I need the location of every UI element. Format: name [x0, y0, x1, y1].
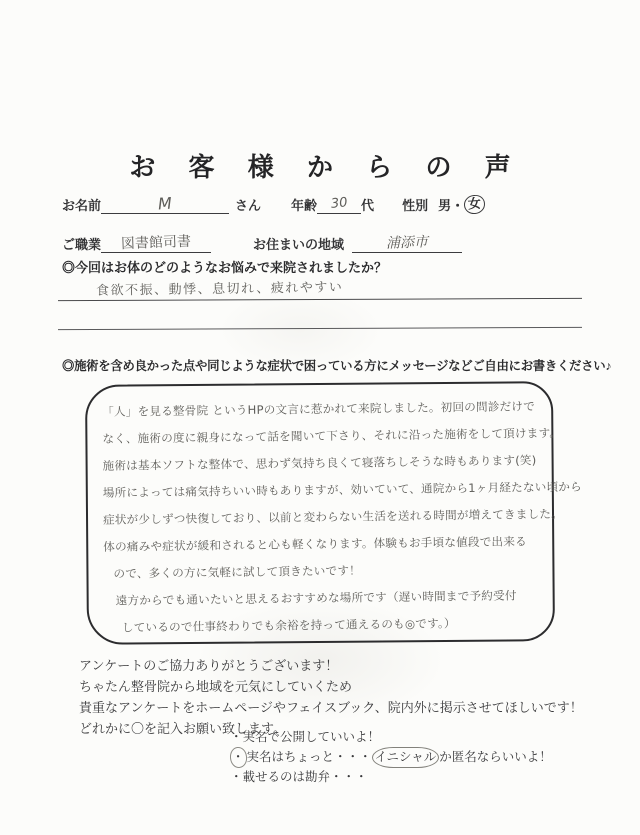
- question1-answer-handwritten: 食欲不振、動悸、息切れ、疲れやすい: [96, 276, 344, 298]
- form-row-occupation-area: ご職業 図書館司書 お住まいの地域 浦添市: [62, 234, 462, 253]
- name-value-handwritten: M: [158, 195, 173, 214]
- option-real-name: ・実名で公開していいよ！: [230, 728, 552, 747]
- age-label: 年齢: [291, 195, 317, 214]
- answer-ruled-line-2: [58, 327, 582, 330]
- question1-heading: ◎今回はお体のどのようなお悩みで来院されましたか？: [62, 257, 387, 276]
- selected-option-circle-mark: ・: [229, 746, 248, 768]
- occupation-value-handwritten: 図書館司書: [121, 233, 192, 253]
- option-bullet: ・: [231, 749, 245, 764]
- occupation-field: 図書館司書: [101, 234, 211, 253]
- gender-options: 男 ・ 女: [438, 195, 485, 214]
- option-circled-word: イニシャル: [375, 750, 437, 764]
- gender-female: 女: [468, 196, 482, 212]
- age-value-handwritten: 30: [330, 194, 348, 214]
- initials-circle-mark: イニシャル: [372, 747, 440, 769]
- footer-thanks: アンケートのご協力ありがとうございます！ ちゃたん整骨院から地域を元気にしていく…: [79, 655, 583, 739]
- occupation-label: ご職業: [62, 234, 101, 253]
- option-text-suffix: か匿名ならいいよ！: [439, 750, 552, 764]
- area-label: お住まいの地域: [253, 234, 344, 253]
- survey-sheet: お 客 様 か ら の 声 お名前 M さん 年齢 30 代 性別 男 ・ 女 …: [0, 0, 640, 835]
- gender-male: 男: [438, 195, 451, 214]
- age-field: 30: [317, 194, 361, 214]
- gender-separator: ・: [451, 195, 464, 214]
- message-box: 「人」を見る整骨院 というHPの文言に惹かれて来院しました。初回の問診だけで な…: [85, 381, 555, 645]
- name-field: M: [101, 194, 229, 214]
- gender-female-circle-mark: 女: [463, 194, 485, 214]
- age-unit: 代: [361, 195, 374, 214]
- option-text-prefix: 実名はちょっと・・・: [247, 750, 372, 764]
- question2-heading: ◎施術を含め良かった点や同じような症状で困っている方にメッセージなどご自由にお書…: [62, 356, 611, 374]
- publication-options: ・実名で公開していいよ！ ・実名はちょっと・・・イニシャルか匿名ならいいよ！ ・…: [230, 728, 552, 787]
- page-title: お 客 様 か ら の 声: [0, 147, 640, 184]
- form-row-name-age-gender: お名前 M さん 年齢 30 代 性別 男 ・ 女: [62, 194, 485, 214]
- thanks-line: 貴重なアンケートをホームページやフェイスブック、院内外に掲示させてほしいです！: [79, 697, 583, 718]
- name-suffix: さん: [235, 195, 261, 214]
- option-initials-or-anonymous: ・実名はちょっと・・・イニシャルか匿名ならいいよ！: [230, 747, 552, 769]
- message-line: しているので仕事終わりでも余裕を持って通えるのも◎です。）: [104, 609, 537, 642]
- area-value-handwritten: 浦添市: [386, 233, 429, 252]
- thanks-line: ちゃたん整骨院から地域を元気にしていくため: [79, 676, 583, 697]
- gender-label: 性別: [402, 195, 428, 214]
- option-no-publish: ・載せるのは勘弁・・・: [230, 768, 552, 787]
- area-field: 浦添市: [352, 234, 462, 253]
- answer-ruled-line-1: [58, 298, 582, 301]
- name-label: お名前: [62, 195, 101, 214]
- thanks-line: アンケートのご協力ありがとうございます！: [79, 655, 583, 676]
